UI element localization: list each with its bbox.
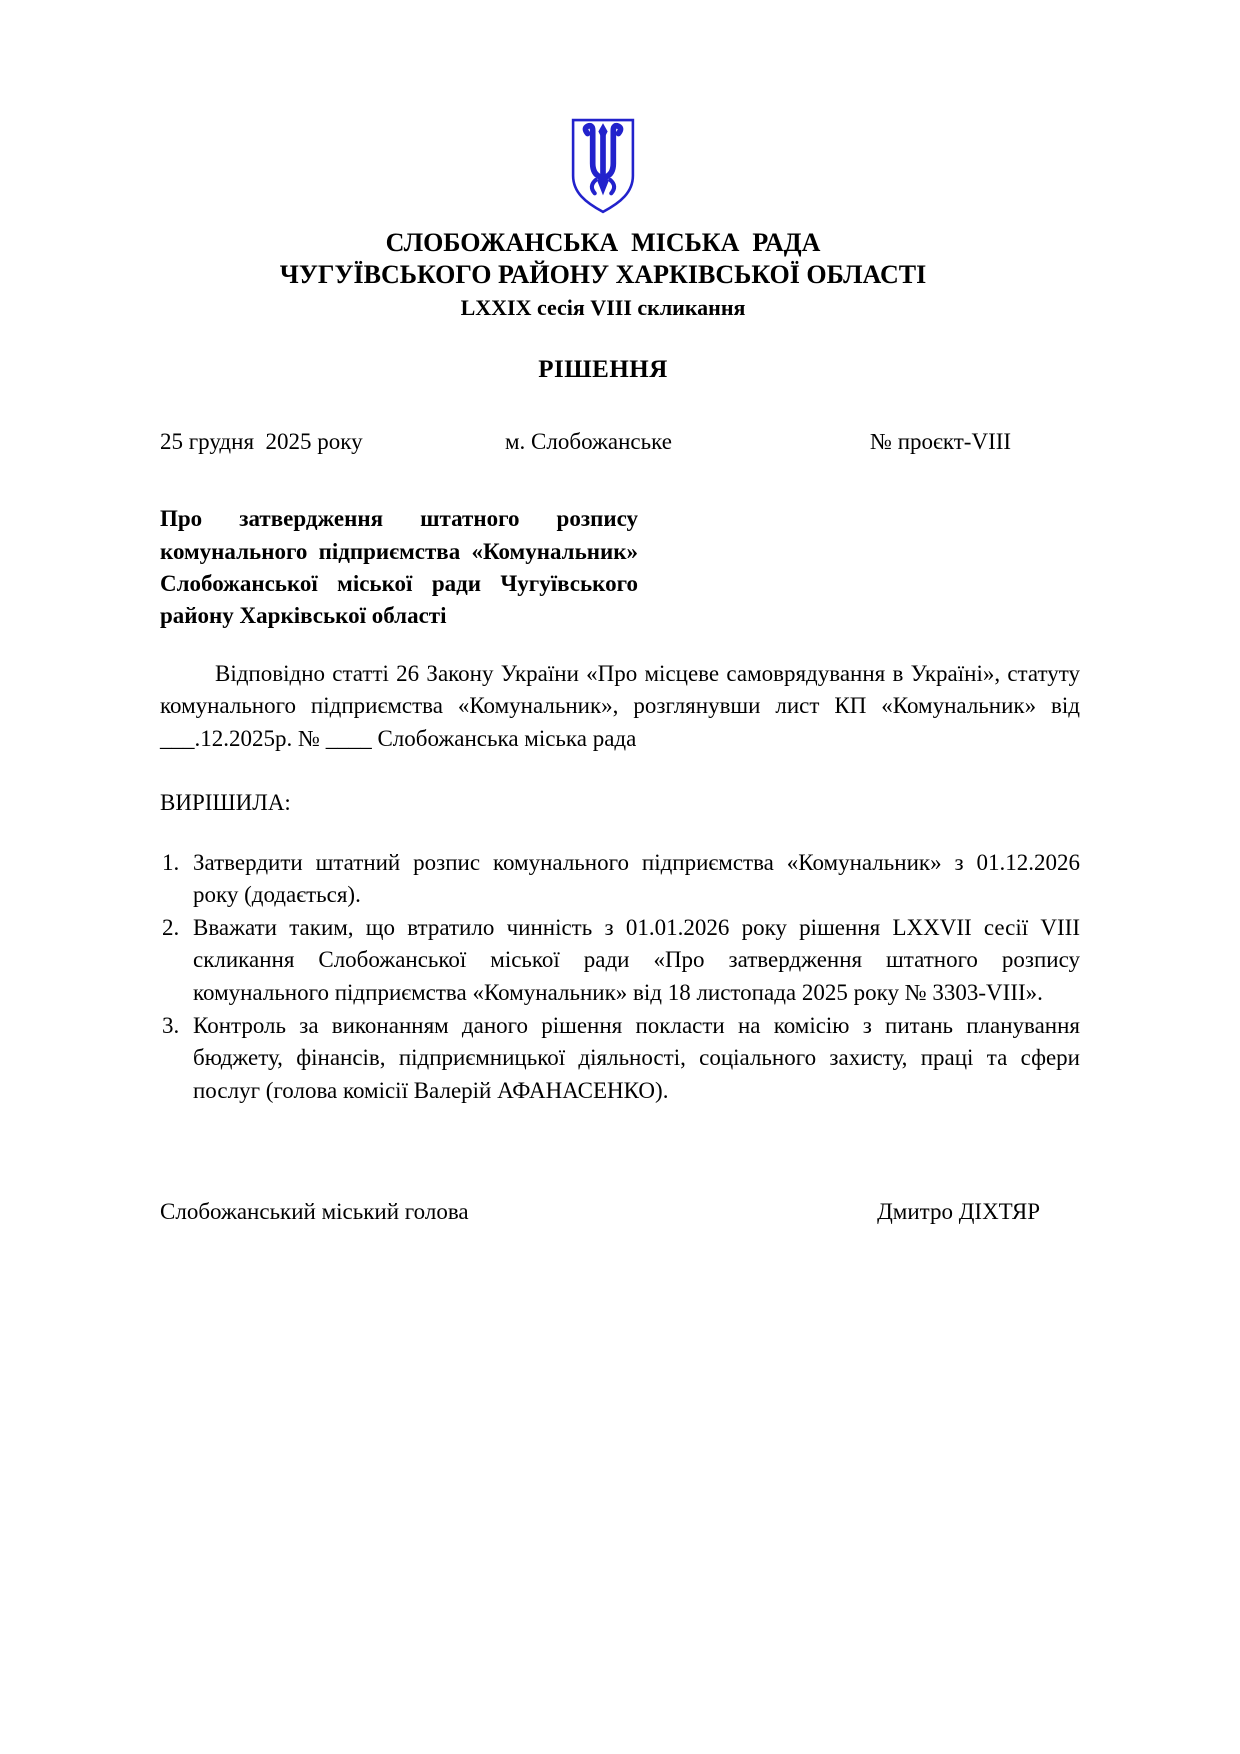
- item-text: Контроль за виконанням даного рішення по…: [193, 1013, 1080, 1103]
- decision-number: № проєкт-VIII: [870, 426, 1080, 458]
- signatory-title: Слобожанський міський голова: [160, 1196, 469, 1228]
- coat-of-arms: [160, 118, 1046, 224]
- dateline: 25 грудня 2025 року м. Слобожанське № пр…: [160, 426, 1080, 458]
- item-text: Затвердити штатний розпис комунального п…: [193, 850, 1080, 908]
- item-number: 2.: [162, 912, 179, 945]
- signatory-name: Дмитро ДІХТЯР: [877, 1196, 1080, 1228]
- session-line: LXXIX сесія VIII скликання: [160, 297, 1046, 319]
- signature-row: Слобожанський міський голова Дмитро ДІХТ…: [160, 1196, 1080, 1228]
- council-name: СЛОБОЖАНСЬКА МІСЬКА РАДА: [160, 230, 1046, 256]
- item-number: 3.: [162, 1010, 179, 1043]
- subject-paragraph: Про затвердження штатного розпису комуна…: [160, 503, 638, 632]
- resolution-item: 2. Вважати таким, що втратило чинність з…: [160, 912, 1080, 1010]
- item-text: Вважати таким, що втратило чинність з 01…: [193, 915, 1080, 1005]
- document-title: РІШЕННЯ: [160, 357, 1046, 382]
- resolution-list: 1. Затвердити штатний розпис комунальног…: [160, 847, 1080, 1108]
- resolution-item: 3. Контроль за виконанням даного рішення…: [160, 1010, 1080, 1108]
- document-header: СЛОБОЖАНСЬКА МІСЬКА РАДА ЧУГУЇВСЬКОГО РА…: [160, 118, 1080, 382]
- tryzub-icon: [570, 118, 636, 215]
- decision-place: м. Слобожанське: [505, 426, 870, 458]
- preamble-paragraph: Відповідно статті 26 Закону України «Про…: [160, 658, 1080, 755]
- district-name: ЧУГУЇВСЬКОГО РАЙОНУ ХАРКІВСЬКОЇ ОБЛАСТІ: [160, 262, 1046, 288]
- resolution-item: 1. Затвердити штатний розпис комунальног…: [160, 847, 1080, 912]
- item-number: 1.: [162, 847, 179, 880]
- resolved-label: ВИРІШИЛА:: [160, 787, 1080, 819]
- document-page: СЛОБОЖАНСЬКА МІСЬКА РАДА ЧУГУЇВСЬКОГО РА…: [0, 0, 1240, 1754]
- decision-date: 25 грудня 2025 року: [160, 426, 505, 458]
